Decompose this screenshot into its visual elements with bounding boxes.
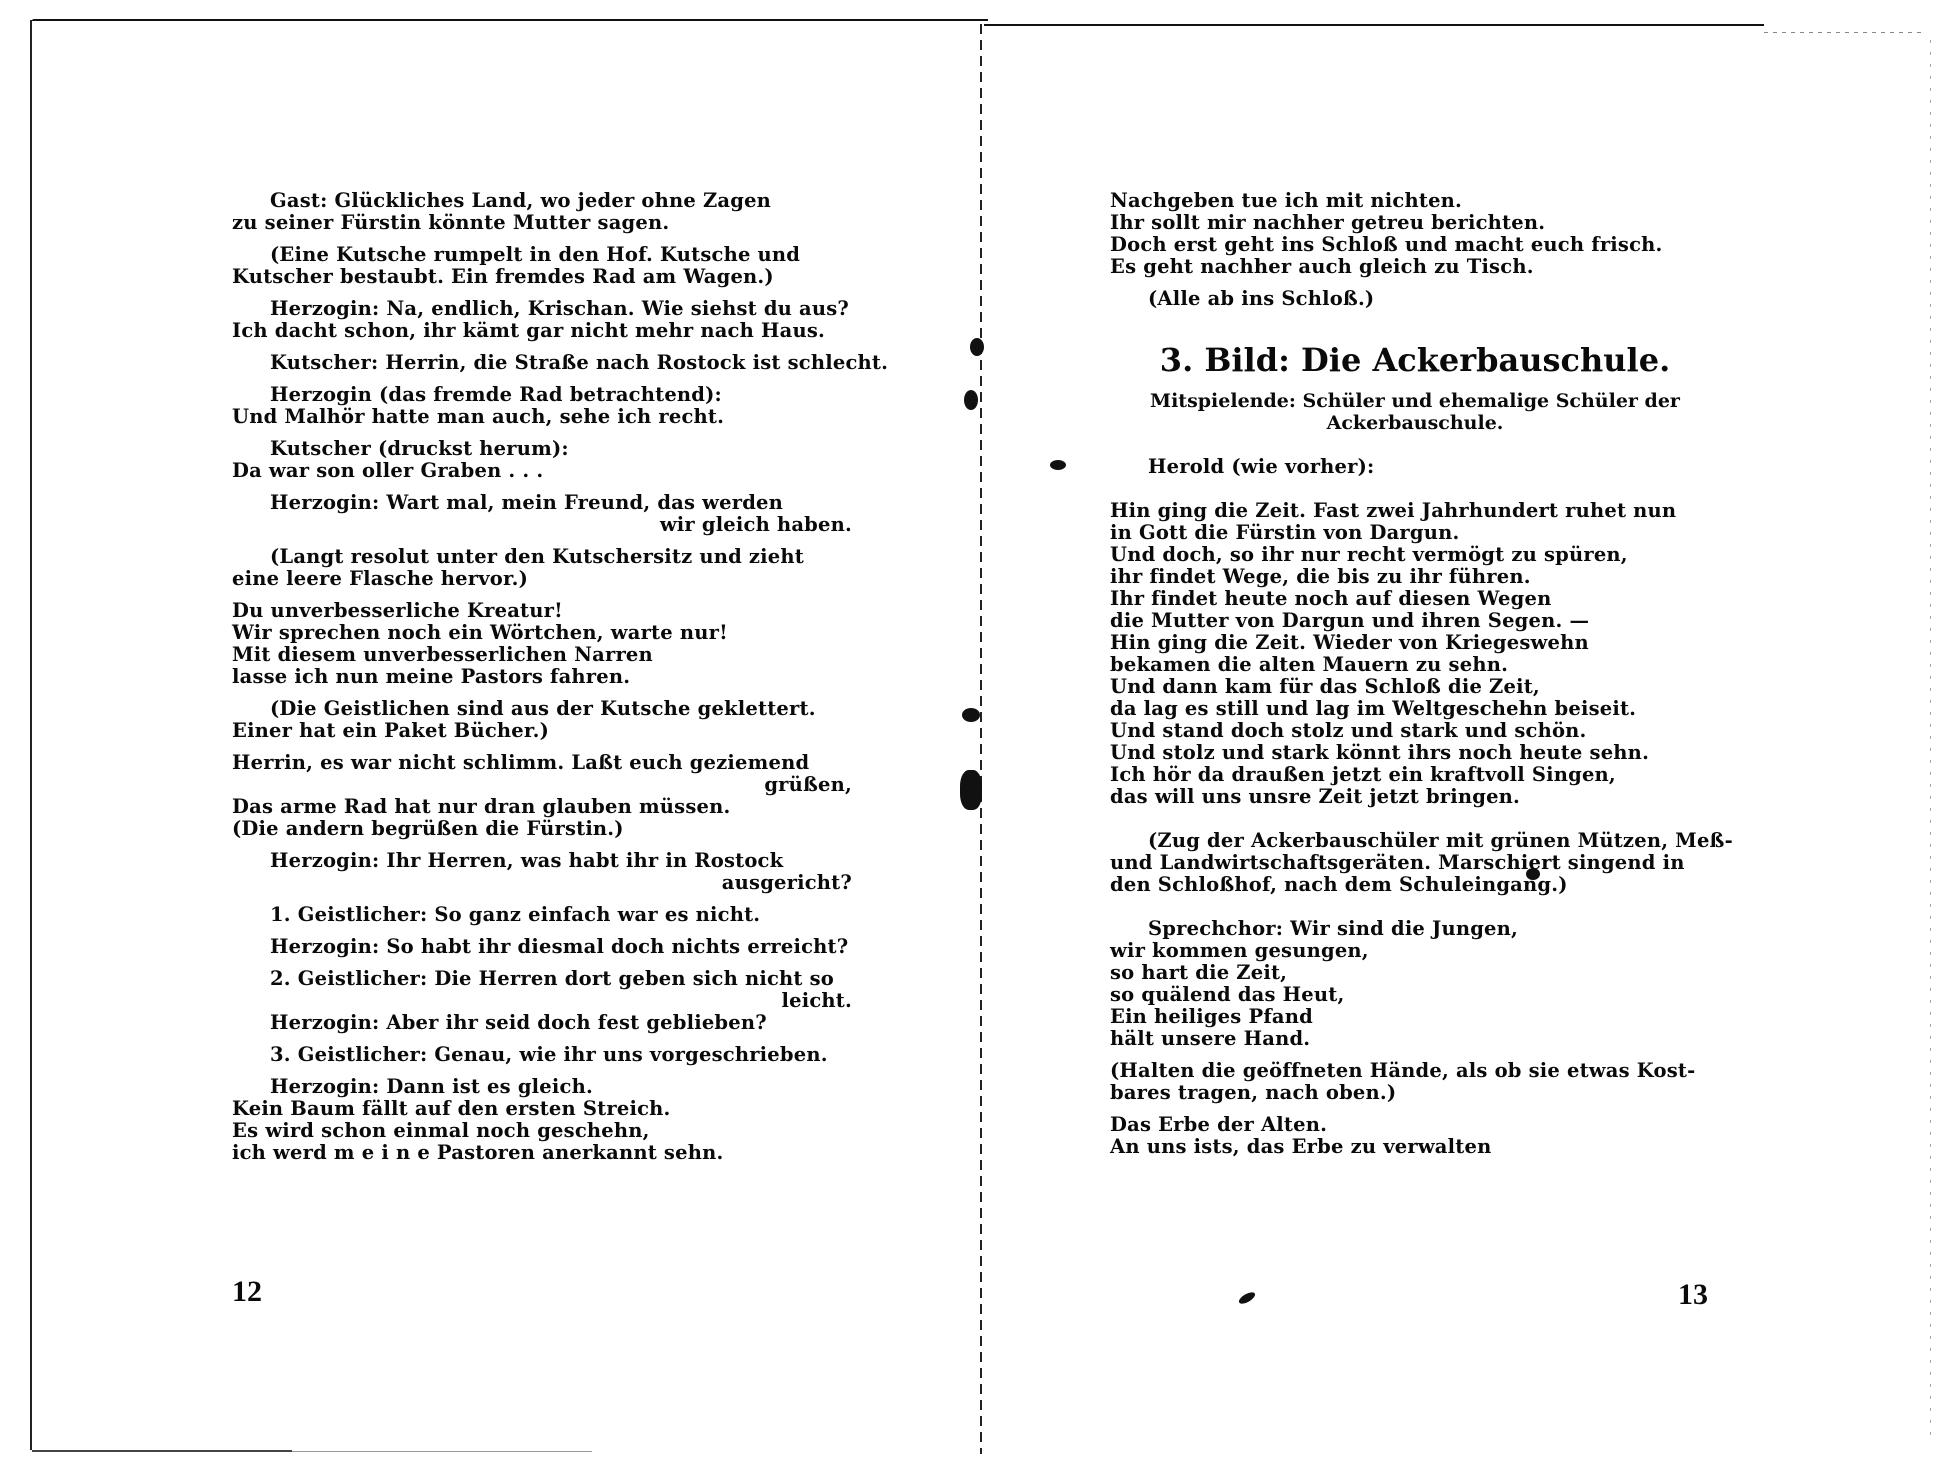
text-line: zu seiner Fürstin könnte Mutter sagen. — [232, 212, 852, 234]
text-line: den Schloßhof, nach dem Schuleingang.) — [1110, 874, 1720, 896]
page-edge-right — [1930, 40, 1931, 1440]
text-line: An uns ists, das Erbe zu verwalten — [1110, 1136, 1720, 1158]
text-line: Wir sprechen noch ein Wörtchen, warte nu… — [232, 622, 852, 644]
text-line: Mit diesem unverbesserlichen Narren — [232, 644, 852, 666]
text-line: (Zug der Ackerbauschüler mit grünen Mütz… — [1110, 830, 1720, 852]
text-line: 1. Geistlicher: So ganz einfach war es n… — [232, 904, 852, 926]
text-line: Kein Baum fällt auf den ersten Streich. — [232, 1098, 852, 1120]
text-line: eine leere Flasche hervor.) — [232, 568, 852, 590]
ink-blot — [1050, 460, 1066, 470]
text-line: Herzogin: Aber ihr seid doch fest geblie… — [232, 1012, 852, 1034]
text-line: so quälend das Heut, — [1110, 984, 1720, 1006]
page-edge-top-right — [984, 24, 1764, 26]
book-spread-scan: Gast: Glückliches Land, wo jeder ohne Za… — [0, 0, 1940, 1479]
text-line: Gast: Glückliches Land, wo jeder ohne Za… — [232, 190, 852, 212]
text-line: (Eine Kutsche rumpelt in den Hof. Kutsch… — [232, 244, 852, 266]
book-spine-fold — [980, 24, 982, 1454]
text-line: Herzogin: Dann ist es gleich. — [232, 1076, 852, 1098]
text-line: (Halten die geöffneten Hände, als ob sie… — [1110, 1060, 1720, 1082]
text-line: Das Erbe der Alten. — [1110, 1114, 1720, 1136]
spacer — [1110, 896, 1720, 918]
text-line: wir gleich haben. — [232, 514, 852, 536]
text-line: Hin ging die Zeit. Wieder von Kriegesweh… — [1110, 632, 1720, 654]
text-line: Du unverbesserliche Kreatur! — [232, 600, 852, 622]
text-line: da lag es still und lag im Weltgeschehn … — [1110, 698, 1720, 720]
text-line: Ihr sollt mir nachher getreu berichten. — [1110, 212, 1720, 234]
text-line: (Die Geistlichen sind aus der Kutsche ge… — [232, 698, 852, 720]
text-line: Herzogin: Na, endlich, Krischan. Wie sie… — [232, 298, 852, 320]
ink-blot — [964, 390, 978, 410]
text-line: Da war son oller Graben . . . — [232, 460, 852, 482]
text-line: (Die andern begrüßen die Fürstin.) — [232, 818, 852, 840]
text-line: Herzogin: Ihr Herren, was habt ihr in Ro… — [232, 850, 852, 872]
right-page-body: Herold (wie vorher):Hin ging die Zeit. F… — [1110, 434, 1720, 1158]
page-edge-top-right-faint — [1764, 32, 1924, 33]
right-page-preamble: Nachgeben tue ich mit nichten.Ihr sollt … — [1110, 190, 1720, 310]
text-line: Ich hör da draußen jetzt ein kraftvoll S… — [1110, 764, 1720, 786]
text-line: Sprechchor: Wir sind die Jungen, — [1110, 918, 1720, 940]
text-line: ich werd m e i n e Pastoren anerkannt se… — [232, 1142, 852, 1164]
text-line: Hin ging die Zeit. Fast zwei Jahrhundert… — [1110, 500, 1720, 522]
text-line: grüßen, — [232, 774, 852, 796]
text-line: Herzogin: So habt ihr diesmal doch nicht… — [232, 936, 852, 958]
text-line: und Landwirtschaftsgeräten. Marschiert s… — [1110, 852, 1720, 874]
text-line: (Langt resolut unter den Kutschersitz un… — [232, 546, 852, 568]
text-line: (Alle ab ins Schloß.) — [1110, 288, 1720, 310]
text-line: Herzogin (das fremde Rad betrachtend): — [232, 384, 852, 406]
text-line: bekamen die alten Mauern zu sehn. — [1110, 654, 1720, 676]
text-line: Ein heiliges Pfand — [1110, 1006, 1720, 1028]
spacer — [1110, 434, 1720, 456]
page-edge-top-left — [32, 19, 988, 21]
text-line: Ich dacht schon, ihr kämt gar nicht mehr… — [232, 320, 852, 342]
text-line: in Gott die Fürstin von Dargun. — [1110, 522, 1720, 544]
text-line: hält unsere Hand. — [1110, 1028, 1720, 1050]
text-line: wir kommen gesungen, — [1110, 940, 1720, 962]
text-line: Und stolz und stark könnt ihrs noch heut… — [1110, 742, 1720, 764]
text-line: Und dann kam für das Schloß die Zeit, — [1110, 676, 1720, 698]
page-edge-left — [30, 20, 32, 1450]
text-line: Das arme Rad hat nur dran glauben müssen… — [232, 796, 852, 818]
ink-blot — [1237, 1290, 1257, 1306]
text-line: 2. Geistlicher: Die Herren dort geben si… — [232, 968, 852, 990]
text-line: Es wird schon einmal noch geschehn, — [232, 1120, 852, 1142]
page-number-left: 12 — [232, 1275, 262, 1309]
text-line: Es geht nachher auch gleich zu Tisch. — [1110, 256, 1720, 278]
text-line: Und doch, so ihr nur recht vermögt zu sp… — [1110, 544, 1720, 566]
text-line: Herrin, es war nicht schlimm. Laßt euch … — [232, 752, 852, 774]
text-line: Herzogin: Wart mal, mein Freund, das wer… — [232, 492, 852, 514]
text-line: Und stand doch stolz und stark und schön… — [1110, 720, 1720, 742]
text-line: die Mutter von Dargun und ihren Segen. — — [1110, 610, 1720, 632]
text-line: ausgericht? — [232, 872, 852, 894]
text-line: 3. Geistlicher: Genau, wie ihr uns vorge… — [232, 1044, 852, 1066]
text-line: leicht. — [232, 990, 852, 1012]
text-line: Ihr findet heute noch auf diesen Wegen — [1110, 588, 1720, 610]
cast-list-line-1: Mitspielende: Schüler und ehemalige Schü… — [1110, 390, 1720, 412]
ink-blot — [970, 338, 984, 356]
left-page-text: Gast: Glückliches Land, wo jeder ohne Za… — [232, 190, 852, 1164]
text-line: Kutscher bestaubt. Ein fremdes Rad am Wa… — [232, 266, 852, 288]
spacer — [1110, 808, 1720, 830]
text-line: das will uns unsre Zeit jetzt bringen. — [1110, 786, 1720, 808]
scene-heading: 3. Bild: Die Ackerbauschule. — [1110, 340, 1720, 380]
text-line: Kutscher (druckst herum): — [232, 438, 852, 460]
right-page-text: Nachgeben tue ich mit nichten.Ihr sollt … — [1110, 190, 1720, 1158]
page-edge-bottom-left-faint — [292, 1451, 592, 1452]
text-line: Nachgeben tue ich mit nichten. — [1110, 190, 1720, 212]
spacer — [1110, 478, 1720, 500]
page-number-right: 13 — [1678, 1278, 1708, 1312]
text-line: lasse ich nun meine Pastors fahren. — [232, 666, 852, 688]
ink-blot — [962, 708, 980, 722]
text-line: Einer hat ein Paket Bücher.) — [232, 720, 852, 742]
ink-blot — [960, 770, 982, 810]
text-line: bares tragen, nach oben.) — [1110, 1082, 1720, 1104]
page-edge-bottom-left — [32, 1450, 292, 1452]
text-line: Herold (wie vorher): — [1110, 456, 1720, 478]
cast-list-line-2: Ackerbauschule. — [1110, 412, 1720, 434]
text-line: so hart die Zeit, — [1110, 962, 1720, 984]
text-line: Und Malhör hatte man auch, sehe ich rech… — [232, 406, 852, 428]
text-line: Doch erst geht ins Schloß und macht euch… — [1110, 234, 1720, 256]
text-line: ihr findet Wege, die bis zu ihr führen. — [1110, 566, 1720, 588]
text-line: Kutscher: Herrin, die Straße nach Rostoc… — [232, 352, 852, 374]
